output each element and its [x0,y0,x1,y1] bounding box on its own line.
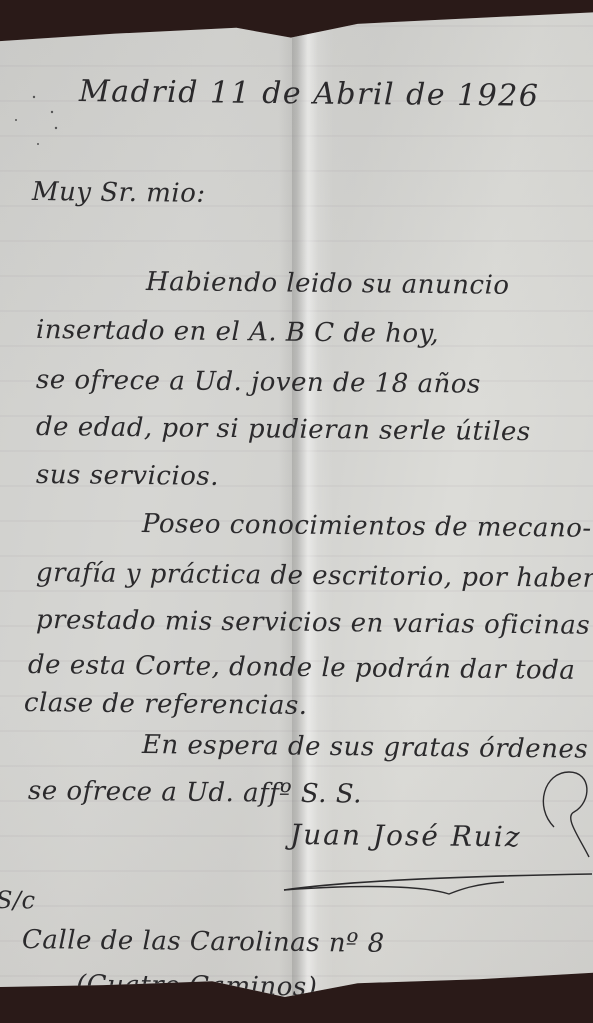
body-line: de edad, por si pudieran serle útiles [36,412,531,447]
address-line: Calle de las Carolinas nº 8 [22,925,385,959]
letter-photograph: Madrid 11 de Abril de 1926 Muy Sr. mio: … [0,0,593,1023]
body-line: se ofrece a Ud. joven de 18 años [36,365,481,400]
signature: Juan José Ruiz [290,818,522,853]
address-prefix: S/c [0,886,36,914]
body-line: Habiendo leido su anuncio [146,267,510,301]
signature-flourish-decoration [534,767,593,877]
body-line: sus servicios. [36,460,219,492]
signature-rubric-underline [274,862,593,902]
letter-paper: Madrid 11 de Abril de 1926 Muy Sr. mio: … [0,12,593,997]
closing-line: se ofrece a Ud. affº S. S. [28,776,362,809]
body-line: Poseo conocimientos de mecano- [142,509,592,544]
closing-line: En espera de sus gratas órdenes [142,730,588,765]
place-and-date: Madrid 11 de Abril de 1926 [79,74,540,114]
address-line: (Cuatro Caminos). [76,970,326,1003]
body-line: insertado en el A. B C de hoy, [36,315,439,349]
pin-holes-decoration [4,92,64,152]
salutation: Muy Sr. mio: [32,177,206,209]
body-line: grafía y práctica de escritorio, por hab… [36,558,593,594]
body-line: clase de referencias. [24,688,308,721]
body-line: prestado mis servicios en varias oficina… [36,605,590,641]
body-line: de esta Corte, donde le podrán dar toda [28,650,576,686]
